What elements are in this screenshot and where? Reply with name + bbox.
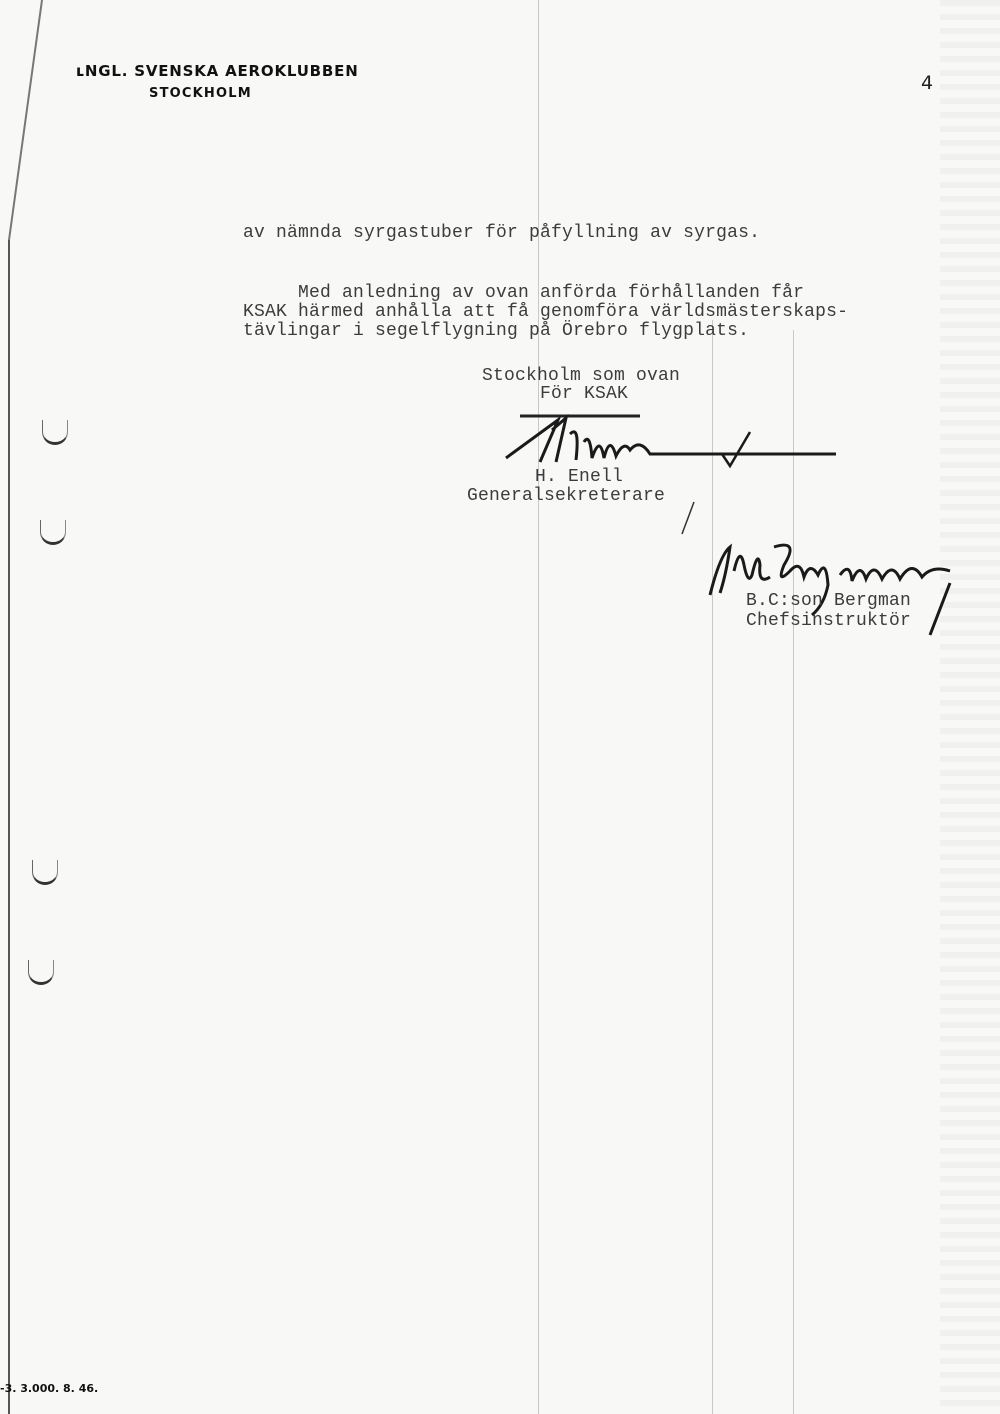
closing-on-behalf: För KSAK (540, 384, 628, 404)
punch-hole (32, 860, 58, 885)
punch-hole (42, 420, 68, 445)
letterhead-organization: ʟNGL. SVENSKA AEROKLUBBEN (76, 62, 359, 80)
pen-mark (678, 500, 698, 536)
fold-line (538, 0, 539, 1414)
paragraph-line: KSAK härmed anhålla att få genomföra vär… (243, 303, 848, 322)
signature-enell (500, 410, 850, 470)
fold-line (712, 320, 713, 1414)
page-number: 4 (921, 72, 933, 94)
punch-hole (28, 960, 54, 985)
document-page: ʟNGL. SVENSKA AEROKLUBBEN STOCKHOLM 4 av… (0, 0, 1000, 1414)
signatory-title: Chefsinstruktör (746, 611, 911, 631)
signatory-name: B.C:son Bergman (746, 591, 911, 611)
paragraph-line: Med anledning av ovan anförda förhålland… (243, 284, 804, 303)
letterhead: ʟNGL. SVENSKA AEROKLUBBEN STOCKHOLM (76, 62, 359, 101)
scan-noise (940, 0, 1000, 1414)
punch-hole (40, 520, 66, 545)
print-code: -3. 3.000. 8. 46. (0, 1382, 98, 1395)
signatory-title: Generalsekreterare (467, 486, 665, 506)
continuation-line: av nämnda syrgastuber för påfyllning av … (243, 223, 760, 243)
signatory-name: H. Enell (535, 467, 623, 487)
letterhead-city: STOCKHOLM (149, 86, 359, 101)
fold-line (793, 330, 794, 1414)
closing-place: Stockholm som ovan (482, 366, 680, 386)
page-edge (0, 0, 60, 1414)
paragraph-line: tävlingar i segelflygning på Örebro flyg… (243, 322, 749, 341)
